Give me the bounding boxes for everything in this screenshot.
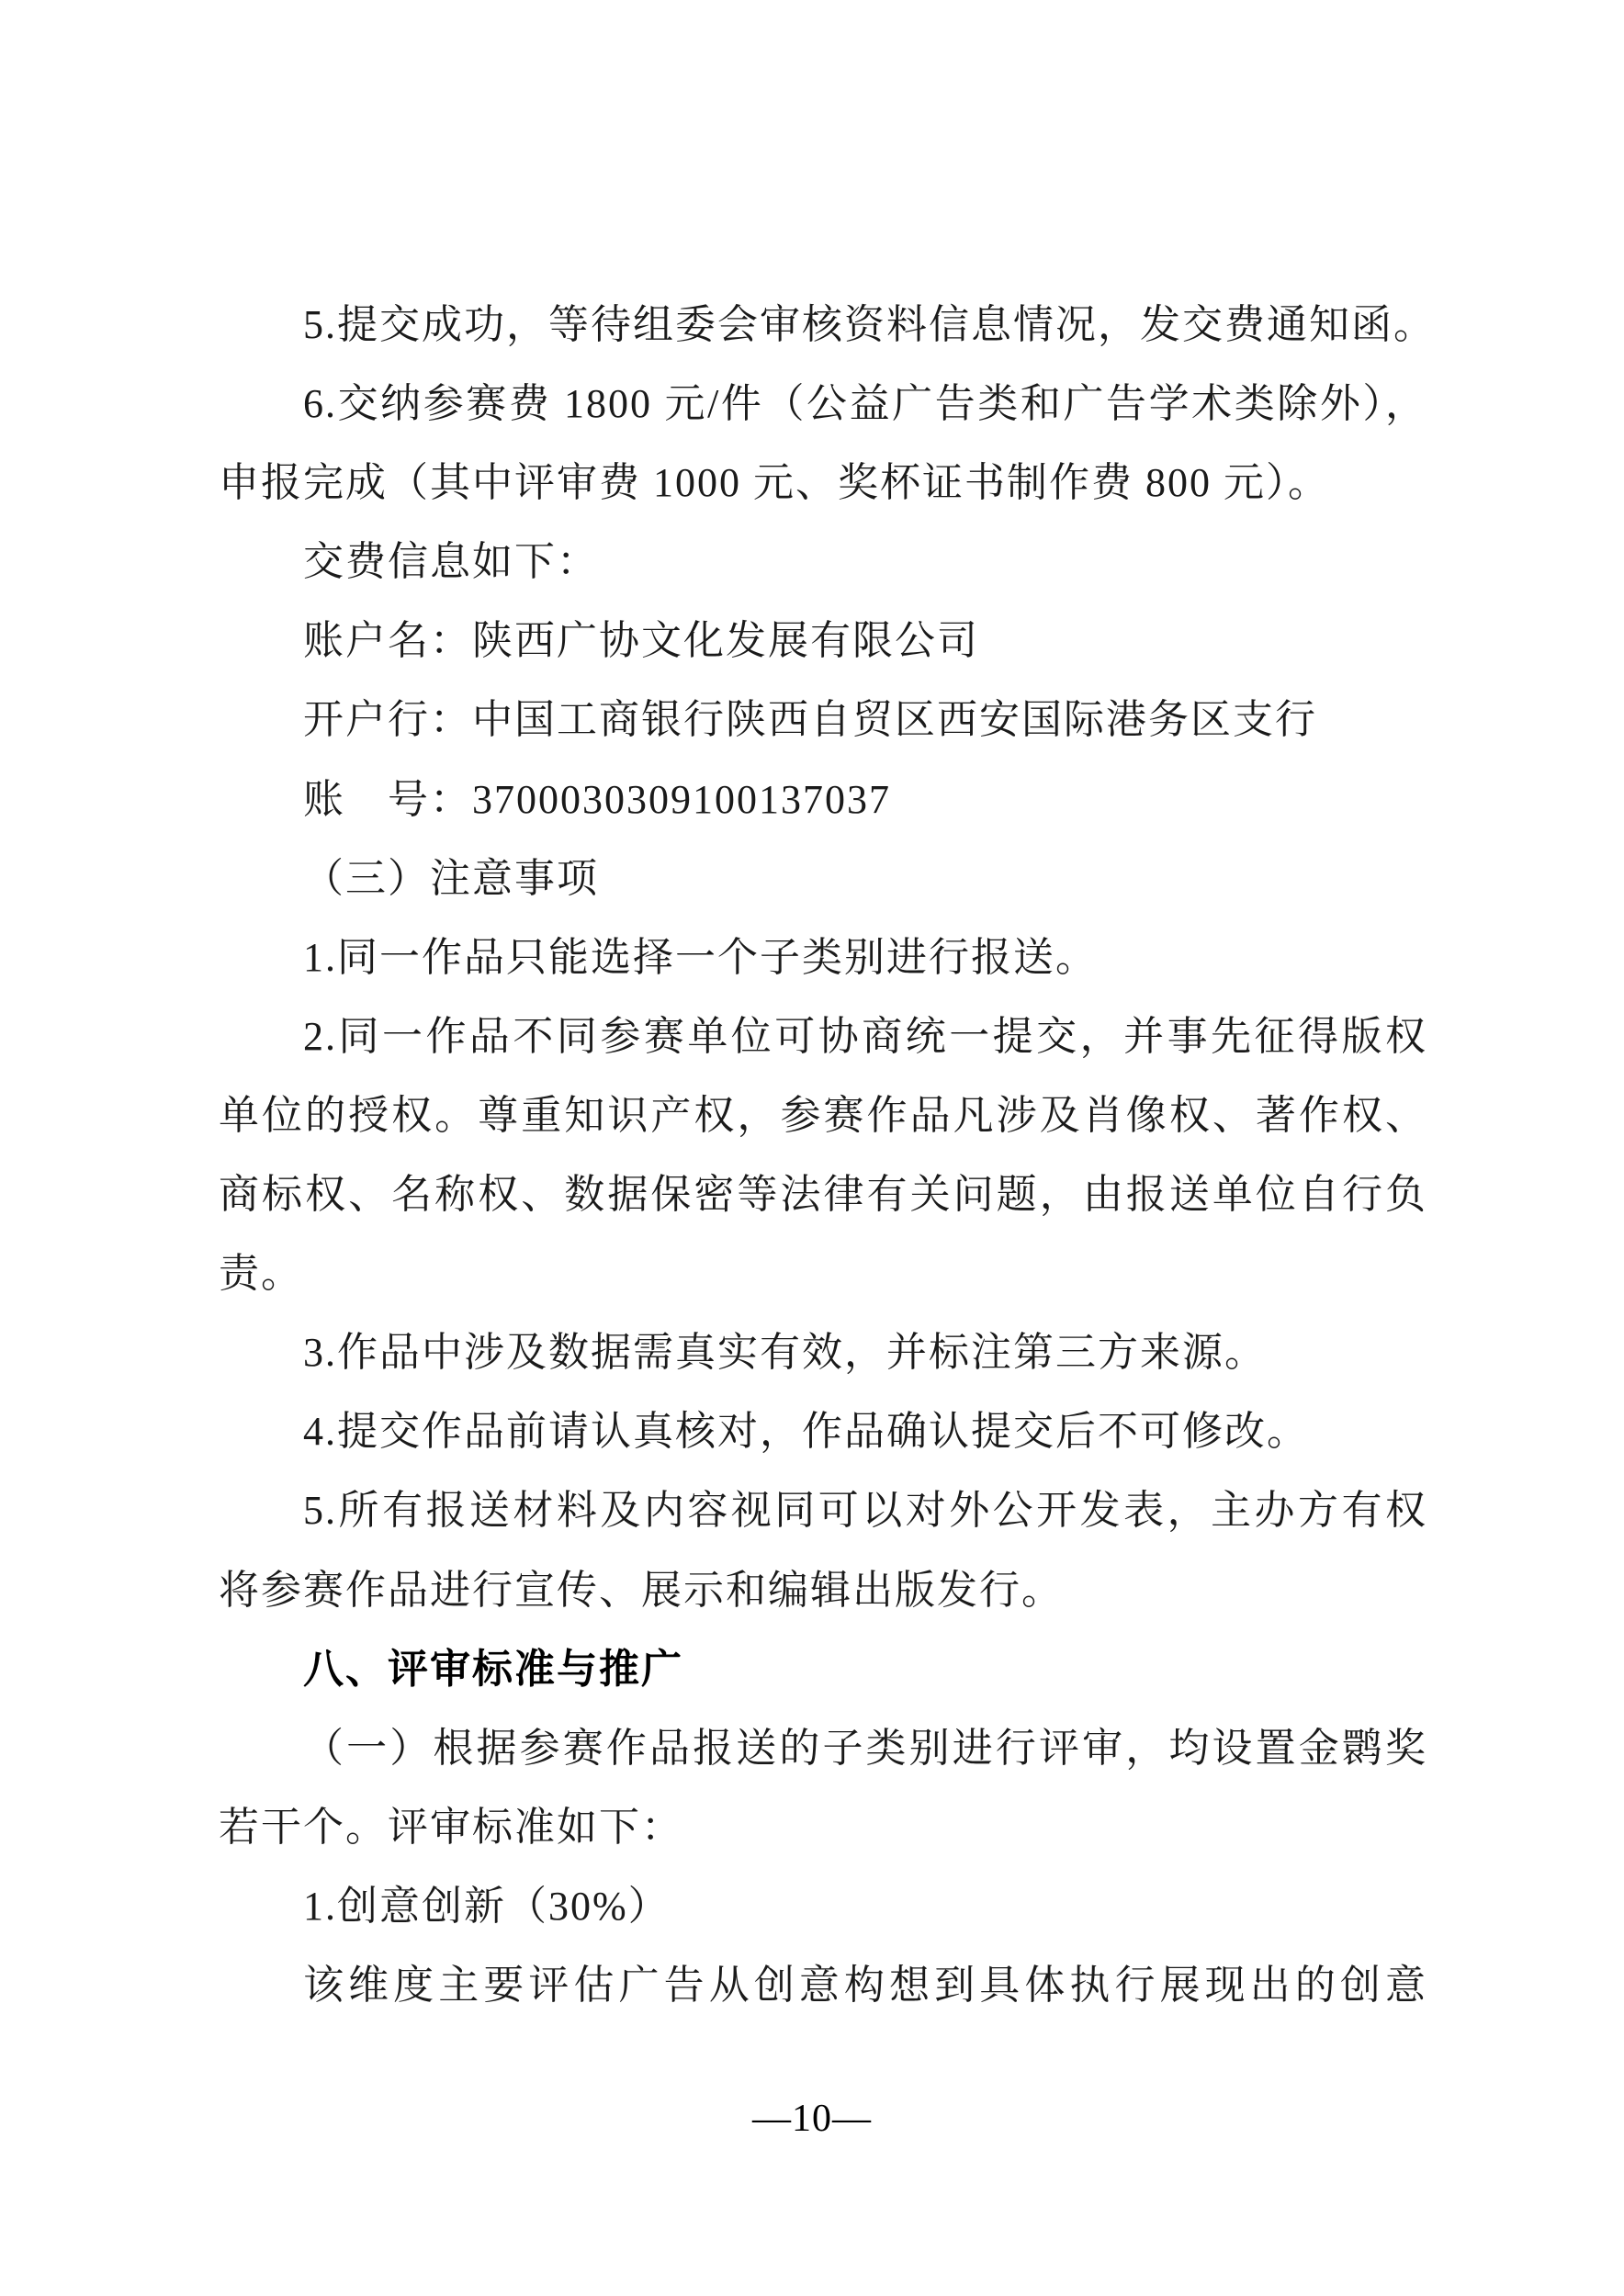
- document-page: 5.提交成功，等待组委会审核资料信息情况，发交费通知函。6.交纳参赛费 1800…: [0, 0, 1624, 2296]
- text-line: 6.交纳参赛费 1800 元/件（公益广告类和广告学术类除外），: [219, 365, 1427, 444]
- text-line: 4.提交作品前请认真核对，作品确认提交后不可修改。: [219, 1392, 1427, 1471]
- text-line: 该维度主要评估广告从创意构想到具体执行展现出的创意: [219, 1946, 1427, 2025]
- text-line: 账 号：3700030309100137037: [219, 760, 1427, 839]
- section-heading: 八、评审标准与推广: [219, 1630, 1427, 1709]
- text-line: 1.创意创新（30%）: [219, 1867, 1427, 1946]
- text-line: 3.作品中涉及数据需真实有效，并标注第三方来源。: [219, 1313, 1427, 1392]
- document-body: 5.提交成功，等待组委会审核资料信息情况，发交费通知函。6.交纳参赛费 1800…: [219, 286, 1427, 2025]
- text-line: 将参赛作品进行宣传、展示和编辑出版发行。: [219, 1551, 1427, 1630]
- page-footer: —10—: [0, 2099, 1624, 2138]
- text-line: （三）注意事项: [219, 839, 1427, 918]
- text-line: （一）根据参赛作品报送的子类别进行评审，均设置金鹮奖: [219, 1709, 1427, 1788]
- text-line: 1.同一作品只能选择一个子类别进行报送。: [219, 918, 1427, 997]
- text-line: 申报完成（其中评审费 1000 元、奖杯证书制作费 800 元）。: [219, 444, 1427, 523]
- text-line: 账户名：陕西广协文化发展有限公司: [219, 602, 1427, 681]
- text-line: 5.提交成功，等待组委会审核资料信息情况，发交费通知函。: [219, 286, 1427, 365]
- text-line: 商标权、名称权、数据保密等法律有关问题，由报送单位自行负: [219, 1155, 1427, 1234]
- page-number: —10—: [752, 2098, 872, 2140]
- text-line: 单位的授权。尊重知识产权，参赛作品凡涉及肖像权、著作权、: [219, 1076, 1427, 1155]
- text-line: 若干个。评审标准如下：: [219, 1788, 1427, 1867]
- text-line: 责。: [219, 1234, 1427, 1313]
- text-line: 2.同一作品不同参赛单位可协商统一提交，并事先征得版权: [219, 997, 1427, 1076]
- text-line: 开户行：中国工商银行陕西自贸区西安国际港务区支行: [219, 681, 1427, 760]
- text-line: 交费信息如下：: [219, 523, 1427, 602]
- text-line: 5.所有报送材料及内容视同可以对外公开发表，主办方有权: [219, 1471, 1427, 1550]
